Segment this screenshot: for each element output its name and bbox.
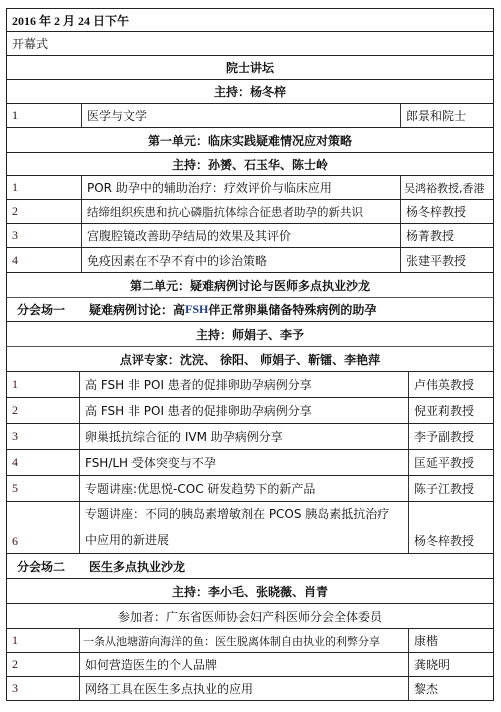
item-title-line1: 专题讲座：不同的胰岛素增敏剂在 PCOS 胰岛素抵抗治疗 bbox=[85, 505, 389, 523]
academician-forum-host: 主持：杨冬梓 bbox=[7, 80, 493, 103]
item-number: 2 bbox=[7, 653, 80, 676]
academician-forum-title-row: 院士讲坛 bbox=[6, 56, 494, 80]
item-speaker: 郎景和院士 bbox=[401, 104, 493, 127]
item-number: 2 bbox=[7, 398, 80, 423]
unit1-host-row: 主持：孙赟、石玉华、陈士岭 bbox=[6, 153, 494, 176]
item-title: 高 FSH 非 POI 患者的促排卵助孕病例分享 bbox=[80, 372, 409, 397]
item-title-line2: 中应用的新进展 bbox=[85, 531, 169, 549]
item-number: 4 bbox=[7, 248, 82, 272]
item-speaker: 杨菁教授 bbox=[401, 224, 493, 247]
venue2-participants-row: 参加者：广东省医师协会妇产科医师分会全体委员 bbox=[6, 604, 494, 629]
venue1-title: 疑难病例讨论：高 FSH 伴正常卵巢储备特殊病例的助孕 bbox=[87, 298, 381, 321]
item-speaker: 杨冬梓教授 bbox=[401, 200, 493, 223]
unit1-title-row: 第一单元：临床实践疑难情况应对策略 bbox=[6, 128, 494, 153]
item-number: 1 bbox=[7, 176, 82, 199]
item-title: 一条从池塘游向海洋的鱼：医生脱离体制自由执业的利弊分享 bbox=[80, 629, 409, 652]
venue1-title-suffix: 伴正常卵巢储备特殊病例的助孕 bbox=[208, 301, 376, 318]
date-row: 2016 年 2 月 24 日下午 bbox=[6, 8, 494, 32]
item-title: 专题讲座:优思悦-COC 研发趋势下的新产品 bbox=[80, 476, 409, 501]
item-number: 1 bbox=[7, 104, 82, 127]
venue1-reviewers: 点评专家：沈浣、 徐阳、 师娟子、靳镭、李艳萍 bbox=[7, 347, 493, 371]
table-row: 3 宫腹腔镜改善助孕结局的效果及其评价 杨菁教授 bbox=[6, 224, 494, 248]
item-number: 1 bbox=[7, 372, 80, 397]
item-speaker: 康楷 bbox=[409, 629, 493, 652]
venue1-title-highlight: FSH bbox=[185, 302, 208, 317]
session-date: 2016 年 2 月 24 日下午 bbox=[7, 9, 493, 31]
venue1-title-prefix: 疑难病例讨论：高 bbox=[89, 301, 185, 318]
item-title: 宫腹腔镜改善助孕结局的效果及其评价 bbox=[82, 224, 401, 247]
item-title: 结缔组织疾患和抗心磷脂抗体综合征患者助孕的新共识 bbox=[82, 200, 401, 223]
item-number: 4 bbox=[7, 450, 80, 475]
venue2-header-row: 分会场二 医生多点执业沙龙 bbox=[6, 554, 494, 579]
item-speaker: 龚晓明 bbox=[409, 653, 493, 676]
venue2-host-row: 主持：李小毛、张晓薇、肖青 bbox=[6, 579, 494, 604]
table-row: 5 专题讲座:优思悦-COC 研发趋势下的新产品 陈子江教授 bbox=[6, 476, 494, 502]
venue1-host: 主持：师娟子、李予 bbox=[7, 322, 493, 346]
table-row: 3 卵巢抵抗综合征的 IVM 助孕病例分享 李予副教授 bbox=[6, 424, 494, 450]
item-title: 高 FSH 非 POI 患者的促排卵助孕病例分享 bbox=[80, 398, 409, 423]
table-row: 1 POR 助孕中的辅助治疗：疗效评价与临床应用 吴鸿裕教授,香港 bbox=[6, 176, 494, 200]
item-speaker: 黎杰 bbox=[409, 677, 493, 700]
table-row: 2 如何营造医生的个人品牌 龚晓明 bbox=[6, 653, 494, 677]
item-speaker: 卢伟英教授 bbox=[409, 372, 493, 397]
table-row: 1 高 FSH 非 POI 患者的促排卵助孕病例分享 卢伟英教授 bbox=[6, 372, 494, 398]
item-number: 6 bbox=[7, 502, 80, 553]
item-title: 医学与文学 bbox=[82, 104, 401, 127]
venue1-reviewers-row: 点评专家：沈浣、 徐阳、 师娟子、靳镭、李艳萍 bbox=[6, 347, 494, 372]
venue2-host: 主持：李小毛、张晓薇、肖青 bbox=[7, 579, 493, 603]
opening-row: 开幕式 bbox=[6, 32, 494, 56]
item-title: POR 助孕中的辅助治疗：疗效评价与临床应用 bbox=[82, 176, 401, 199]
item-speaker: 李予副教授 bbox=[409, 424, 493, 449]
table-row: 2 高 FSH 非 POI 患者的促排卵助孕病例分享 倪亚莉教授 bbox=[6, 398, 494, 424]
table-row: 4 免疫因素在不孕不育中的诊治策略 张建平教授 bbox=[6, 248, 494, 273]
venue2-label: 分会场二 bbox=[7, 554, 87, 578]
item-speaker: 倪亚莉教授 bbox=[409, 398, 493, 423]
item-title: 如何营造医生的个人品牌 bbox=[80, 653, 409, 676]
venue1-header-row: 分会场一 疑难病例讨论：高 FSH 伴正常卵巢储备特殊病例的助孕 bbox=[6, 298, 494, 322]
item-number: 3 bbox=[7, 224, 82, 247]
table-row: 2 结缔组织疾患和抗心磷脂抗体综合征患者助孕的新共识 杨冬梓教授 bbox=[6, 200, 494, 224]
table-row: 1 医学与文学 郎景和院士 bbox=[6, 104, 494, 128]
academician-forum-title: 院士讲坛 bbox=[7, 56, 493, 79]
table-row: 4 FSH/LH 受体突变与不孕 匡延平教授 bbox=[6, 450, 494, 476]
item-speaker: 张建平教授 bbox=[401, 248, 493, 272]
table-row: 3 网络工具在医生多点执业的应用 黎杰 bbox=[6, 677, 494, 701]
item-title: 免疫因素在不孕不育中的诊治策略 bbox=[82, 248, 401, 272]
item-number: 5 bbox=[7, 476, 80, 501]
venue2-participants: 参加者：广东省医师协会妇产科医师分会全体委员 bbox=[7, 604, 493, 628]
item-speaker: 杨冬梓教授 bbox=[409, 502, 493, 553]
schedule-document: 2016 年 2 月 24 日下午 开幕式 院士讲坛 主持：杨冬梓 1 医学与文… bbox=[6, 8, 494, 701]
table-row: 6 专题讲座：不同的胰岛素增敏剂在 PCOS 胰岛素抵抗治疗 中应用的新进展 杨… bbox=[6, 502, 494, 554]
item-title: 卵巢抵抗综合征的 IVM 助孕病例分享 bbox=[80, 424, 409, 449]
item-title: 网络工具在医生多点执业的应用 bbox=[80, 677, 409, 700]
item-number: 2 bbox=[7, 200, 82, 223]
item-title: FSH/LH 受体突变与不孕 bbox=[80, 450, 409, 475]
table-row: 1 一条从池塘游向海洋的鱼：医生脱离体制自由执业的利弊分享 康楷 bbox=[6, 629, 494, 653]
item-number: 3 bbox=[7, 677, 80, 700]
item-speaker: 陈子江教授 bbox=[409, 476, 493, 501]
unit2-title-row: 第二单元：疑难病例讨论与医师多点执业沙龙 bbox=[6, 273, 494, 298]
opening-label: 开幕式 bbox=[7, 32, 493, 55]
unit2-title: 第二单元：疑难病例讨论与医师多点执业沙龙 bbox=[7, 273, 493, 297]
venue1-label: 分会场一 bbox=[7, 298, 87, 321]
venue2-title: 医生多点执业沙龙 bbox=[87, 554, 190, 578]
unit1-host: 主持：孙赟、石玉华、陈士岭 bbox=[7, 153, 493, 175]
venue1-host-row: 主持：师娟子、李予 bbox=[6, 322, 494, 347]
academician-forum-host-row: 主持：杨冬梓 bbox=[6, 80, 494, 104]
item-number: 3 bbox=[7, 424, 80, 449]
unit1-title: 第一单元：临床实践疑难情况应对策略 bbox=[7, 128, 493, 152]
item-speaker: 吴鸿裕教授,香港 bbox=[401, 176, 493, 199]
item-speaker: 匡延平教授 bbox=[409, 450, 493, 475]
item-number: 1 bbox=[7, 629, 80, 652]
item-title: 专题讲座：不同的胰岛素增敏剂在 PCOS 胰岛素抵抗治疗 中应用的新进展 bbox=[80, 502, 409, 553]
